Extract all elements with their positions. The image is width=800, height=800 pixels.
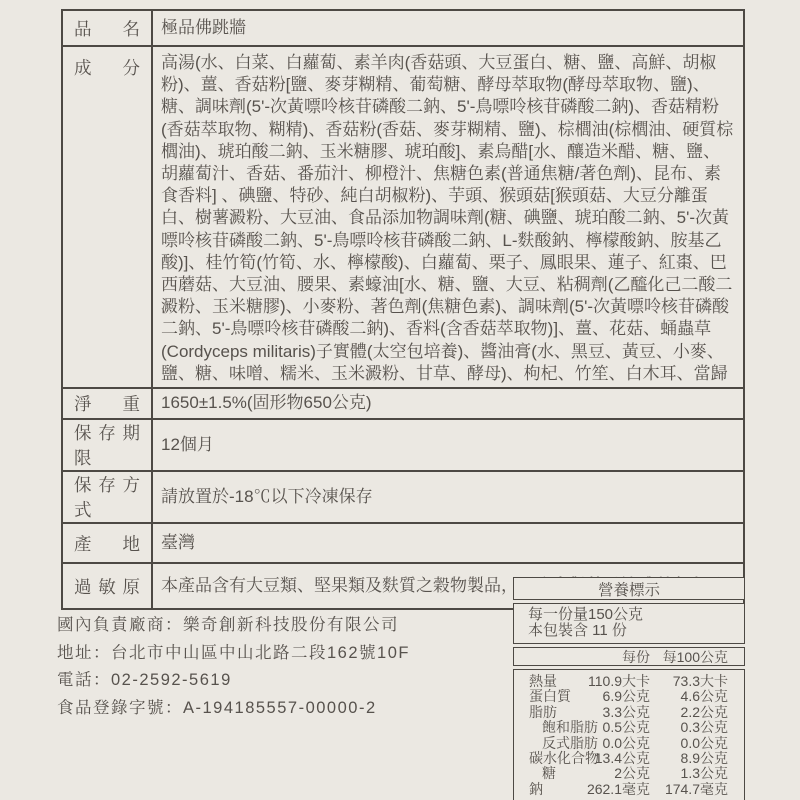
nutrition-column-header: 每份 每100公克 (513, 647, 745, 666)
shelf-life-text: 12個月 (161, 434, 214, 456)
product-info-table: 品名 極品佛跳牆 成分 高湯(水、白菜、白蘿蔔、素羊肉(香菇頭、大豆蛋白、糖、鹽… (61, 9, 745, 610)
food-label-page: 品名 極品佛跳牆 成分 高湯(水、白菜、白蘿蔔、素羊肉(香菇頭、大豆蛋白、糖、鹽… (0, 0, 800, 800)
nutrient-label: 蛋白質 (529, 689, 578, 704)
manufacturer-info: 國內負責廠商：樂奇創新科技股份有限公司 地址：台北市中山區中山北路二段162號1… (57, 612, 410, 722)
ingredients-label: 成分 (74, 55, 140, 80)
net-weight-text: 1650±1.5%(固形物650公克) (161, 392, 372, 414)
ingredients-label-cell: 成分 (63, 47, 153, 387)
ingredients-value: 高湯(水、白菜、白蘿蔔、素羊肉(香菇頭、大豆蛋白、糖、鹽、高鮮、胡椒粉)、薑、香… (153, 47, 743, 387)
shelf-life-label: 保存期限 (74, 420, 140, 470)
per-100g-header: 每100公克 (650, 647, 728, 667)
product-name-label: 品名 (74, 16, 140, 41)
phone-line: 電話：02-2592-5619 (57, 667, 410, 695)
nutrient-per-serving: 110.9大卡 (578, 674, 650, 689)
row-product-name: 品名 極品佛跳牆 (63, 11, 743, 45)
origin-label-cell: 產地 (63, 524, 153, 562)
storage-method-value: 請放置於-18℃以下冷凍保存 (153, 472, 743, 522)
net-weight-label: 淨重 (74, 391, 140, 416)
row-shelf-life: 保存期限 12個月 (63, 418, 743, 470)
product-name-label-cell: 品名 (63, 11, 153, 45)
manufacturer-line: 國內負責廠商：樂奇創新科技股份有限公司 (57, 612, 410, 640)
nutrient-row-trans-fat: 反式脂肪 0.0公克 0.0公克 (529, 736, 728, 751)
nutrient-row-sodium: 鈉 262.1毫克 174.7毫克 (529, 782, 728, 797)
nutrient-per-100g: 2.2公克 (650, 705, 728, 720)
net-weight-label-cell: 淨重 (63, 389, 153, 418)
nutrient-label: 糖 (529, 766, 578, 781)
product-name-text: 極品佛跳牆 (161, 17, 246, 39)
row-storage-method: 保存方式 請放置於-18℃以下冷凍保存 (63, 470, 743, 522)
row-net-weight: 淨重 1650±1.5%(固形物650公克) (63, 387, 743, 418)
nutrient-row-sugar: 糖 2公克 1.3公克 (529, 766, 728, 781)
shelf-life-label-cell: 保存期限 (63, 420, 153, 470)
storage-method-label-cell: 保存方式 (63, 472, 153, 522)
nutrient-row-protein: 蛋白質 6.9公克 4.6公克 (529, 689, 728, 704)
nutrition-data-box: 熱量 110.9大卡 73.3大卡 蛋白質 6.9公克 4.6公克 脂肪 3.3… (513, 669, 745, 800)
nutrient-label: 脂肪 (529, 705, 578, 720)
storage-method-label: 保存方式 (74, 472, 140, 522)
serving-size: 每一份量150公克 (528, 607, 738, 623)
nutrient-per-serving: 0.0公克 (578, 736, 650, 751)
row-ingredients: 成分 高湯(水、白菜、白蘿蔔、素羊肉(香菇頭、大豆蛋白、糖、鹽、高鮮、胡椒粉)、… (63, 45, 743, 387)
nutrient-row-fat: 脂肪 3.3公克 2.2公克 (529, 705, 728, 720)
nutrient-label: 反式脂肪 (529, 736, 578, 751)
row-origin: 產地 臺灣 (63, 522, 743, 562)
ingredients-text: 高湯(水、白菜、白蘿蔔、素羊肉(香菇頭、大豆蛋白、糖、鹽、高鮮、胡椒粉)、薑、香… (161, 52, 737, 385)
nutrition-title: 營養標示 (598, 578, 660, 600)
storage-method-text: 請放置於-18℃以下冷凍保存 (161, 486, 373, 508)
nutrient-per-serving: 13.4公克 (578, 751, 650, 766)
registration-number-line: 食品登錄字號：A-194185557-00000-2 (57, 695, 410, 723)
nutrient-per-serving: 0.5公克 (578, 720, 650, 735)
nutrient-per-100g: 73.3大卡 (650, 674, 728, 689)
origin-label: 產地 (74, 531, 140, 556)
shelf-life-value: 12個月 (153, 420, 743, 470)
net-weight-value: 1650±1.5%(固形物650公克) (153, 389, 743, 418)
nutrient-label: 鈉 (529, 782, 578, 797)
nutrient-per-100g: 174.7毫克 (650, 782, 728, 797)
nutrient-row-carbohydrate: 碳水化合物 13.4公克 8.9公克 (529, 751, 728, 766)
nutrient-per-serving: 6.9公克 (578, 689, 650, 704)
origin-value: 臺灣 (153, 524, 743, 562)
servings-per-pack: 本包裝含 11 份 (528, 623, 738, 639)
per-serving-header: 每份 (578, 647, 650, 667)
nutrient-label: 碳水化合物 (529, 751, 578, 766)
allergen-label-cell: 過敏原 (63, 564, 153, 608)
nutrient-per-100g: 4.6公克 (650, 689, 728, 704)
nutrient-per-100g: 8.9公克 (650, 751, 728, 766)
nutrient-label: 熱量 (529, 674, 578, 689)
address-line: 地址：台北市中山區中山北路二段162號10F (57, 640, 410, 668)
nutrient-row-calories: 熱量 110.9大卡 73.3大卡 (529, 674, 728, 689)
nutrition-label: 營養標示 每一份量150公克 本包裝含 11 份 每份 每100公克 熱量 11… (513, 577, 745, 800)
nutrient-row-saturated-fat: 飽和脂肪 0.5公克 0.3公克 (529, 720, 728, 735)
nutrient-per-serving: 2公克 (578, 766, 650, 781)
nutrient-per-serving: 3.3公克 (578, 705, 650, 720)
nutrient-per-100g: 1.3公克 (650, 766, 728, 781)
nutrition-serving-box: 每一份量150公克 本包裝含 11 份 (513, 603, 745, 644)
nutrient-label: 飽和脂肪 (529, 720, 578, 735)
nutrition-title-box: 營養標示 (513, 577, 745, 600)
allergen-label: 過敏原 (74, 574, 140, 599)
origin-text: 臺灣 (161, 532, 195, 554)
nutrient-per-100g: 0.0公克 (650, 736, 728, 751)
nutrient-per-100g: 0.3公克 (650, 720, 728, 735)
nutrient-per-serving: 262.1毫克 (578, 782, 650, 797)
product-name-value: 極品佛跳牆 (153, 11, 743, 45)
